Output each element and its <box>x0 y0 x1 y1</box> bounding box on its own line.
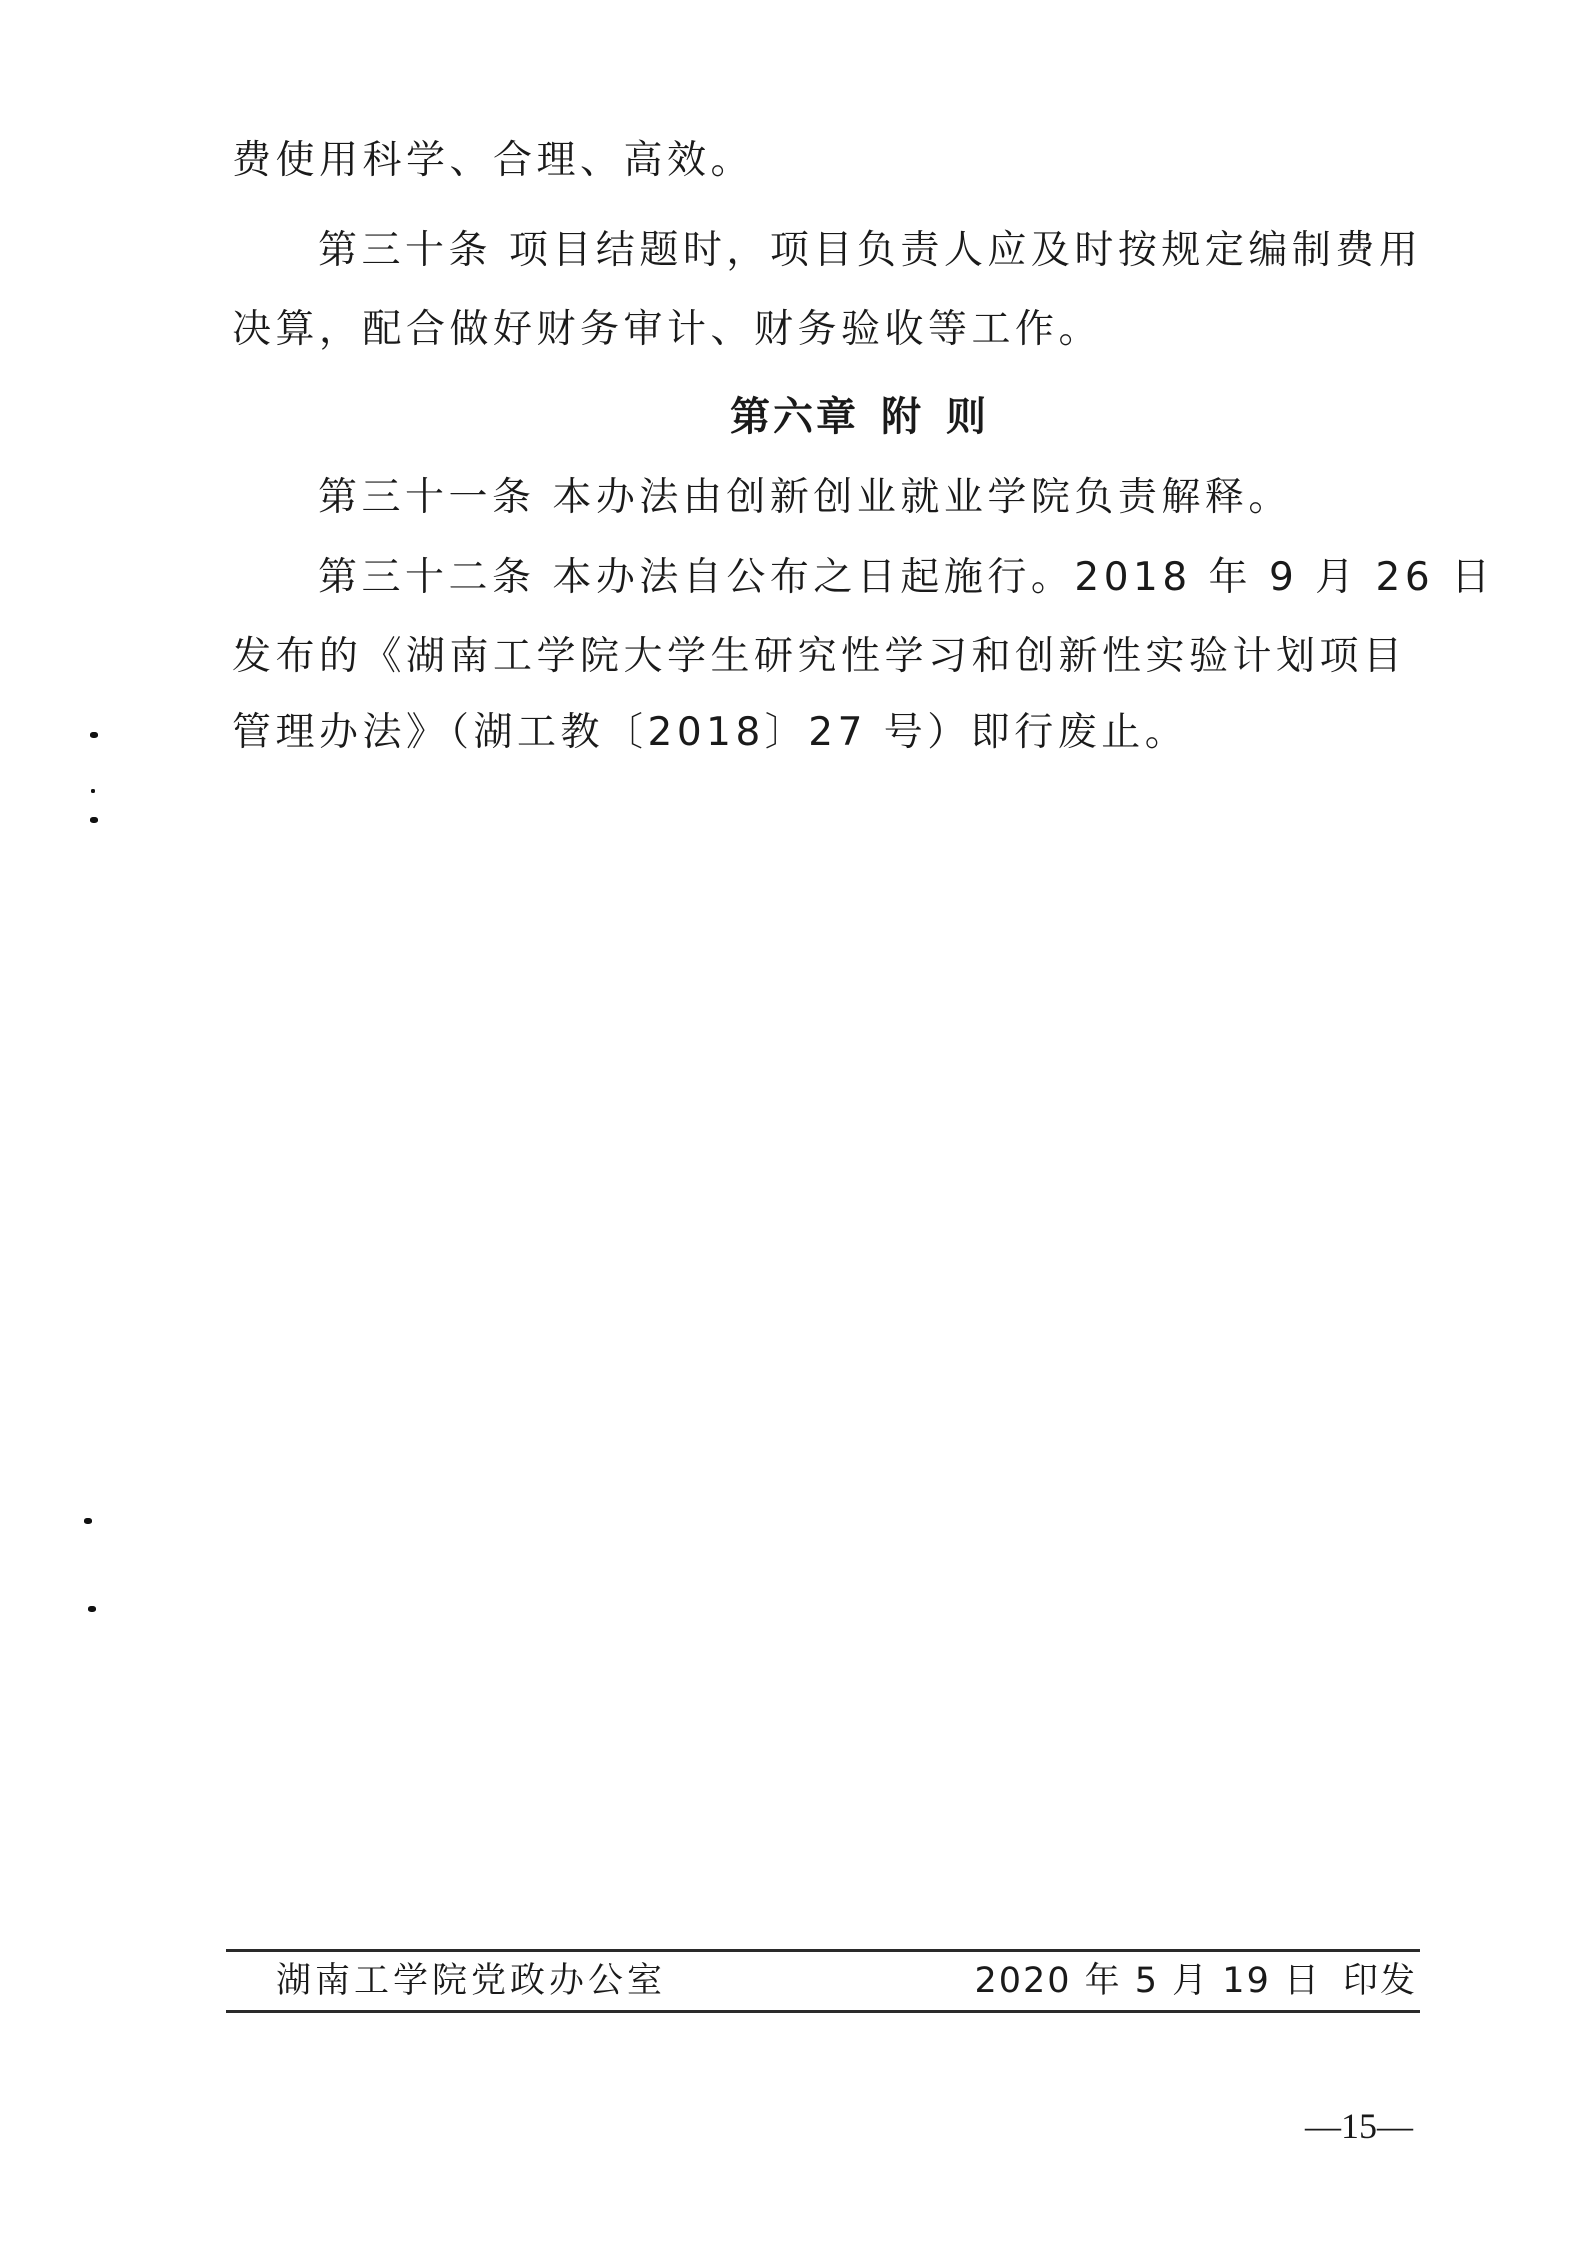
article-31: 第三十一条 本办法由创新创业就业学院负责解释。 <box>318 473 1292 523</box>
chapter-title-part: 附 <box>881 394 924 440</box>
page-number: —15— <box>1305 2106 1413 2146</box>
scan-mark <box>88 1606 96 1612</box>
print-action: 印发 <box>1343 1961 1417 2001</box>
body-line: 管理办法》（湖工教〔2018〕27 号）即行废止。 <box>232 708 1188 758</box>
chapter-heading: 第六章附则 <box>730 392 989 442</box>
issue-date: 2020 年 5 月 19 日印发 <box>974 1958 1417 2004</box>
body-line: 决算，配合做好财务审计、财务验收等工作。 <box>232 305 1102 355</box>
scan-mark <box>90 817 98 823</box>
scan-mark <box>91 789 95 793</box>
article-32: 第三十二条 本办法自公布之日起施行。2018 年 9 月 26 日 <box>318 553 1495 603</box>
article-30: 第三十条 项目结题时，项目负责人应及时按规定编制费用 <box>318 226 1422 276</box>
chapter-title-part: 则 <box>946 394 989 440</box>
body-line: 费使用科学、合理、高效。 <box>232 136 754 186</box>
footer-bottom-rule <box>226 2010 1420 2013</box>
issuing-office: 湖南工学院党政办公室 <box>276 1958 666 2004</box>
scan-mark <box>84 1518 92 1524</box>
chapter-number: 第六章 <box>730 394 859 440</box>
print-date: 2020 年 5 月 19 日 <box>974 1961 1321 2001</box>
body-line: 发布的《湖南工学院大学生研究性学习和创新性实验计划项目 <box>232 632 1407 682</box>
footer-top-rule <box>226 1949 1420 1952</box>
scan-mark <box>90 732 98 738</box>
